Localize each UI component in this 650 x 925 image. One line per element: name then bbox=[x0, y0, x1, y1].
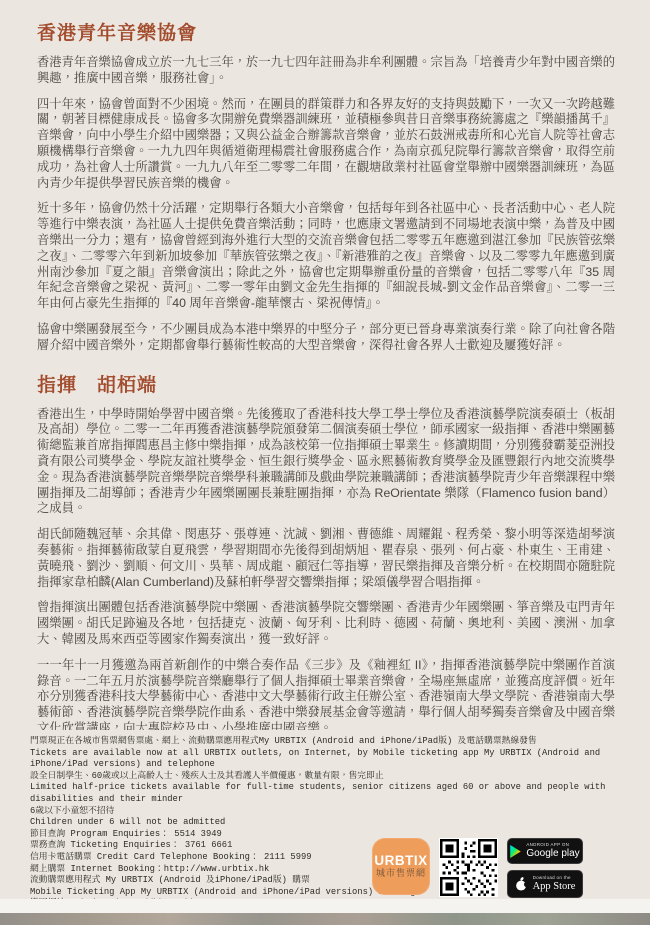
app-store-top-text: Download on the bbox=[533, 876, 576, 881]
app-store-label: App Store bbox=[533, 882, 576, 893]
conductor-paragraph-4: 一一年十一月獲邀為兩首新創作的中樂合奏作品《三步》及《釉裡紅 II》，指揮香港演… bbox=[37, 658, 615, 730]
scan-edge-strip bbox=[0, 913, 650, 925]
about-paragraph-2: 四十年來，協會曾面對不少困境。然而，在團員的群策群力和各界友好的支持與鼓勵下，一… bbox=[37, 97, 615, 192]
conductor-title: 指揮 胡栢端 bbox=[37, 370, 615, 397]
google-play-triangle-icon bbox=[510, 845, 521, 858]
ticketing-line: 設全日制學生、60歲或以上高齡人士、殘疾人士及其看護人半價優惠，數量有限，售完即… bbox=[30, 771, 622, 783]
ticketing-line: Children under 6 will not be admitted bbox=[30, 817, 622, 829]
society-title: 香港青年音樂協會 bbox=[37, 18, 615, 45]
google-play-badge: ANDROID APP ON Google play bbox=[507, 838, 583, 864]
page-body: 香港青年音樂協會 香港青年音樂協會成立於一九七三年，於一九七四年註冊為非牟利團體… bbox=[37, 18, 615, 730]
ticketing-line: 6歲以下小童恕不招待 bbox=[30, 806, 622, 818]
about-paragraph-1: 香港青年音樂協會成立於一九七三年，於一九七四年註冊為非牟利團體。宗旨為「培養青少… bbox=[37, 55, 615, 87]
apple-icon bbox=[515, 876, 528, 892]
ticketing-line: 門票現正在各城市售票網售票處、網上、流動購票應用程式My URBTIX (And… bbox=[30, 736, 622, 748]
app-badges: ANDROID APP ON Google play Download on t… bbox=[507, 838, 583, 898]
scan-white-band bbox=[0, 899, 650, 913]
conductor-paragraph-3: 曾指揮演出團體包括香港演藝學院中樂團、香港演藝學院交響樂團、香港青少年國樂團、箏… bbox=[37, 600, 615, 647]
urbtix-logo: URBTIX 城市售票網 bbox=[372, 838, 430, 895]
about-paragraph-3: 近十多年，協會仍然十分活躍，定期舉行各類大小音樂會，包括每年到各社區中心、長者活… bbox=[37, 201, 615, 312]
google-play-label: Google play bbox=[526, 849, 579, 859]
app-store-badge: Download on the App Store bbox=[507, 870, 583, 898]
about-paragraph-4: 協會中樂團發展至今，不少團員成為本港中樂界的中堅分子，部分更已晉身專業演奏行業。… bbox=[37, 322, 615, 354]
urbtix-logo-subtitle: 城市售票網 bbox=[376, 868, 426, 879]
urbtix-logo-text: URBTIX bbox=[374, 854, 427, 868]
footer-media-block: URBTIX 城市售票網 bbox=[372, 838, 583, 898]
scanned-program-page: { "about": { "title": "香港青年音樂協會", "parag… bbox=[0, 0, 650, 925]
conductor-paragraph-1: 香港出生，中學時開始學習中國音樂。先後獲取了香港科技大學工學士學位及香港演藝學院… bbox=[37, 407, 615, 518]
qr-code-icon bbox=[439, 838, 498, 897]
ticketing-line: Limited half-price tickets available for… bbox=[30, 782, 622, 805]
conductor-paragraph-2: 胡氏師隨魏冠華、余其偉、閔惠芬、張尊連、沈誠、劉湘、曹德維、周耀錕、程秀榮、黎小… bbox=[37, 527, 615, 590]
ticketing-line: Tickets are available now at all URBTIX … bbox=[30, 748, 622, 771]
